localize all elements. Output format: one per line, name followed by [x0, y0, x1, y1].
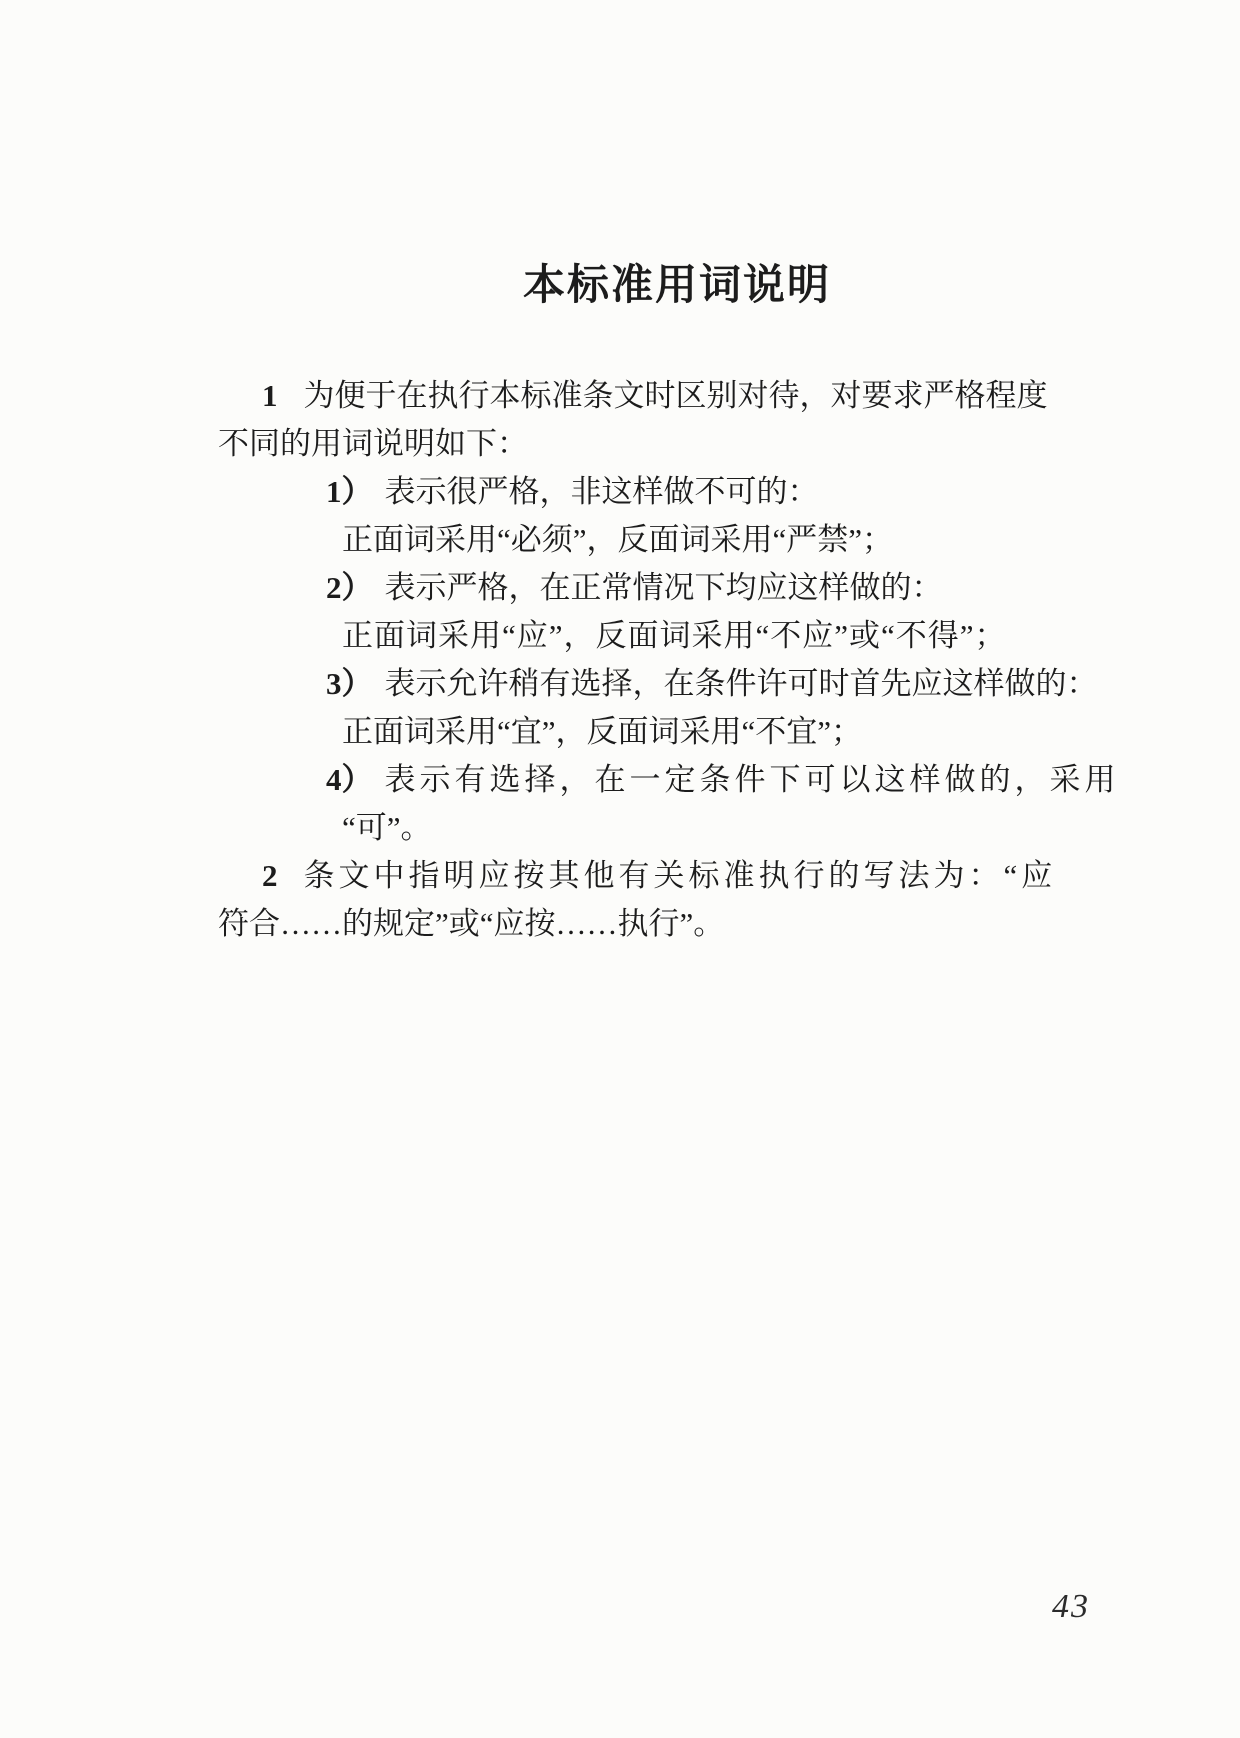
item-1-line-1: 1）表示很严格，非这样做不可的：: [326, 468, 1010, 516]
paragraph-1-number: 1: [262, 378, 278, 413]
item-3-text-1: 表示允许稍有选择，在条件许可时首先应这样做的：: [385, 666, 1098, 701]
item-4-number: 4）: [326, 762, 373, 797]
item-1-line-2: 正面词采用“必须”，反面词采用“严禁”；: [342, 516, 1010, 564]
item-2-number: 2）: [326, 570, 373, 605]
item-3-line-1: 3）表示允许稍有选择，在条件许可时首先应这样做的：: [326, 660, 1010, 708]
paragraph-2-line-2: 符合……的规定”或“应按……执行”。: [218, 900, 1010, 948]
document-page: 本标准用词说明 1为便于在执行本标准条文时区别对待，对要求严格程度 不同的用词说…: [0, 0, 1240, 1738]
paragraph-2-text-1: 条文中指明应按其他有关标准执行的写法为：“应: [304, 858, 1057, 893]
item-4-line-1: 4）表示有选择，在一定条件下可以这样做的，采用: [326, 756, 1010, 804]
paragraph-1-line-2: 不同的用词说明如下：: [218, 420, 1010, 468]
item-2-line-1: 2）表示严格，在正常情况下均应这样做的：: [326, 564, 1010, 612]
paragraph-1-text-1: 为便于在执行本标准条文时区别对待，对要求严格程度: [304, 378, 1048, 413]
item-2-text-1: 表示严格，在正常情况下均应这样做的：: [385, 570, 943, 605]
item-3-number: 3）: [326, 666, 373, 701]
paragraph-2-number: 2: [262, 858, 278, 893]
item-3-line-2: 正面词采用“宜”，反面词采用“不宜”；: [342, 708, 1010, 756]
page-content: 本标准用词说明 1为便于在执行本标准条文时区别对待，对要求严格程度 不同的用词说…: [218, 0, 1010, 948]
item-4-line-2: “可”。: [342, 804, 1010, 852]
item-1-text-1: 表示很严格，非这样做不可的：: [385, 474, 819, 509]
paragraph-2-line-1: 2条文中指明应按其他有关标准执行的写法为：“应: [262, 852, 1010, 900]
item-1-number: 1）: [326, 474, 373, 509]
page-title: 本标准用词说明: [218, 262, 1010, 310]
item-4-text-1: 表示有选择，在一定条件下可以这样做的，采用: [385, 762, 1120, 797]
paragraph-1-line-1: 1为便于在执行本标准条文时区别对待，对要求严格程度: [262, 372, 1010, 420]
item-2-line-2: 正面词采用“应”，反面词采用“不应”或“不得”；: [342, 612, 1010, 660]
page-number: 43: [1052, 1588, 1090, 1626]
